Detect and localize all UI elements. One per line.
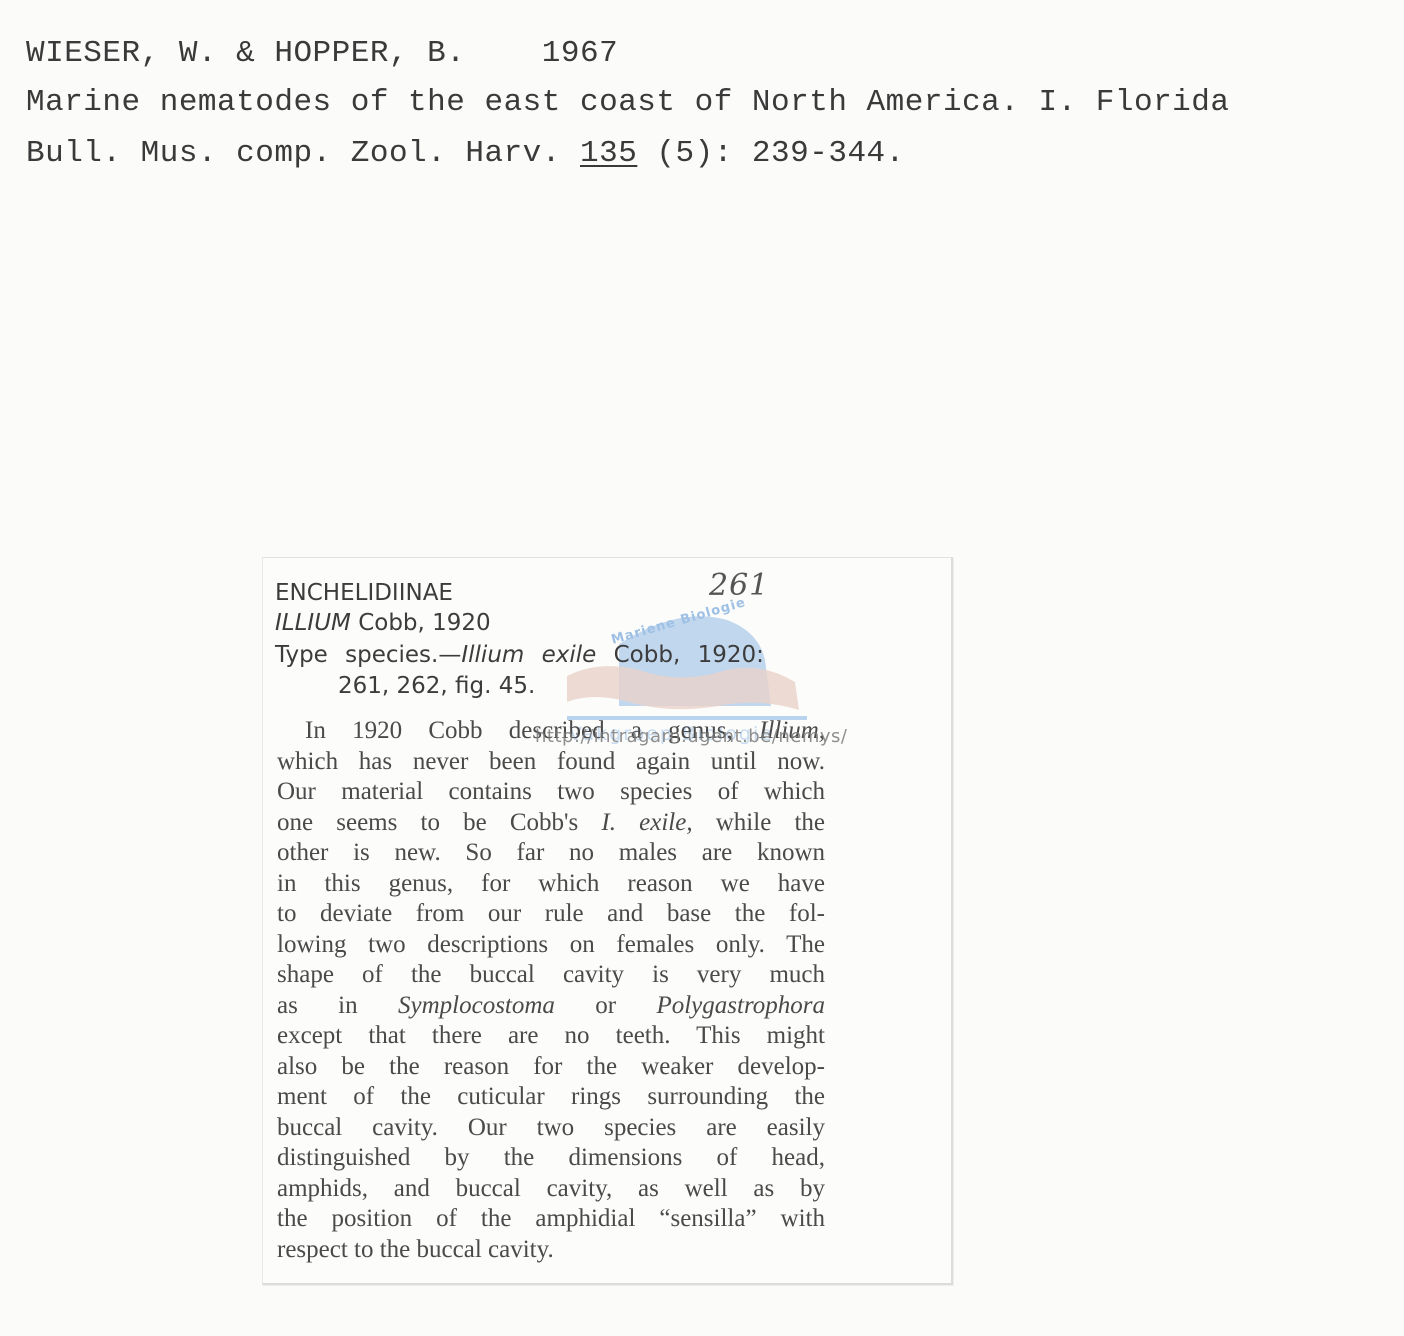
citation-authors: WIESER, W. & HOPPER, B. <box>26 36 465 71</box>
genus-author: Cobb, 1920 <box>358 610 491 636</box>
paragraph-line: also be the reason for the weaker develo… <box>277 1052 825 1083</box>
type-species-ref: Cobb, 1920: <box>614 642 764 668</box>
paragraph-line: shape of the buccal cavity is very much <box>277 960 825 991</box>
paragraph-line: other is new. So far no males are known <box>277 838 825 869</box>
paragraph-line: Our material contains two species of whi… <box>277 777 825 808</box>
paragraph-line: to deviate from our rule and base the fo… <box>277 899 825 930</box>
paragraph-line: as in Symplocostoma or Polygastrophora <box>277 991 825 1022</box>
paragraph-line: the position of the amphidial “sensilla”… <box>277 1204 825 1235</box>
citation-issue-pages: (5): 239-344. <box>656 136 904 171</box>
watermark-arc-text: Mariene Biologie <box>610 595 748 648</box>
watermark-url: http://intragarn.ugent.be/nemys/ <box>535 726 847 747</box>
paragraph-line: amphids, and buccal cavity, as well as b… <box>277 1174 825 1205</box>
genus-heading: ILLIUM Cobb, 1920 <box>275 610 491 636</box>
citation-year: 1967 <box>542 36 618 71</box>
paragraph-line: respect to the buccal cavity. <box>277 1235 825 1266</box>
type-species-name: Illium exile <box>461 642 596 668</box>
paragraph-line: which has never been found again until n… <box>277 747 825 778</box>
genus-name: ILLIUM <box>275 610 351 636</box>
paragraph-line: except that there are no teeth. This mig… <box>277 1021 825 1052</box>
type-species-label: Type species.— <box>275 642 461 668</box>
subfamily-heading: ENCHELIDIINAE <box>275 580 453 606</box>
citation-title: Marine nematodes of the east coast of No… <box>26 85 1230 120</box>
citation-volume: 135 <box>580 136 637 171</box>
handwritten-page-number: 261 <box>709 568 769 603</box>
article-clipping: Mariene Biologie Vakgroep Biologie 261 E… <box>262 557 953 1285</box>
paragraph-line: ment of the cuticular rings surrounding … <box>277 1082 825 1113</box>
paragraph-line: one seems to be Cobb's I. exile, while t… <box>277 808 825 839</box>
paragraph-line: lowing two descriptions on females only.… <box>277 930 825 961</box>
citation-authors-line: WIESER, W. & HOPPER, B. 1967 <box>26 36 618 71</box>
citation-journal-line: Bull. Mus. comp. Zool. Harv. 135 (5): 23… <box>26 136 905 171</box>
type-species-line: Type species.—Illium exile Cobb, 1920: <box>275 642 764 668</box>
type-species-ref-pages: 261, 262, fig. 45. <box>338 673 535 699</box>
paragraph-line: in this genus, for which reason we have <box>277 869 825 900</box>
paragraph-line: distinguished by the dimensions of head, <box>277 1143 825 1174</box>
paragraph-line: buccal cavity. Our two species are easil… <box>277 1113 825 1144</box>
article-paragraph: In 1920 Cobb described a genus, Illium,w… <box>277 716 825 1265</box>
citation-journal: Bull. Mus. comp. Zool. Harv. <box>26 136 561 171</box>
